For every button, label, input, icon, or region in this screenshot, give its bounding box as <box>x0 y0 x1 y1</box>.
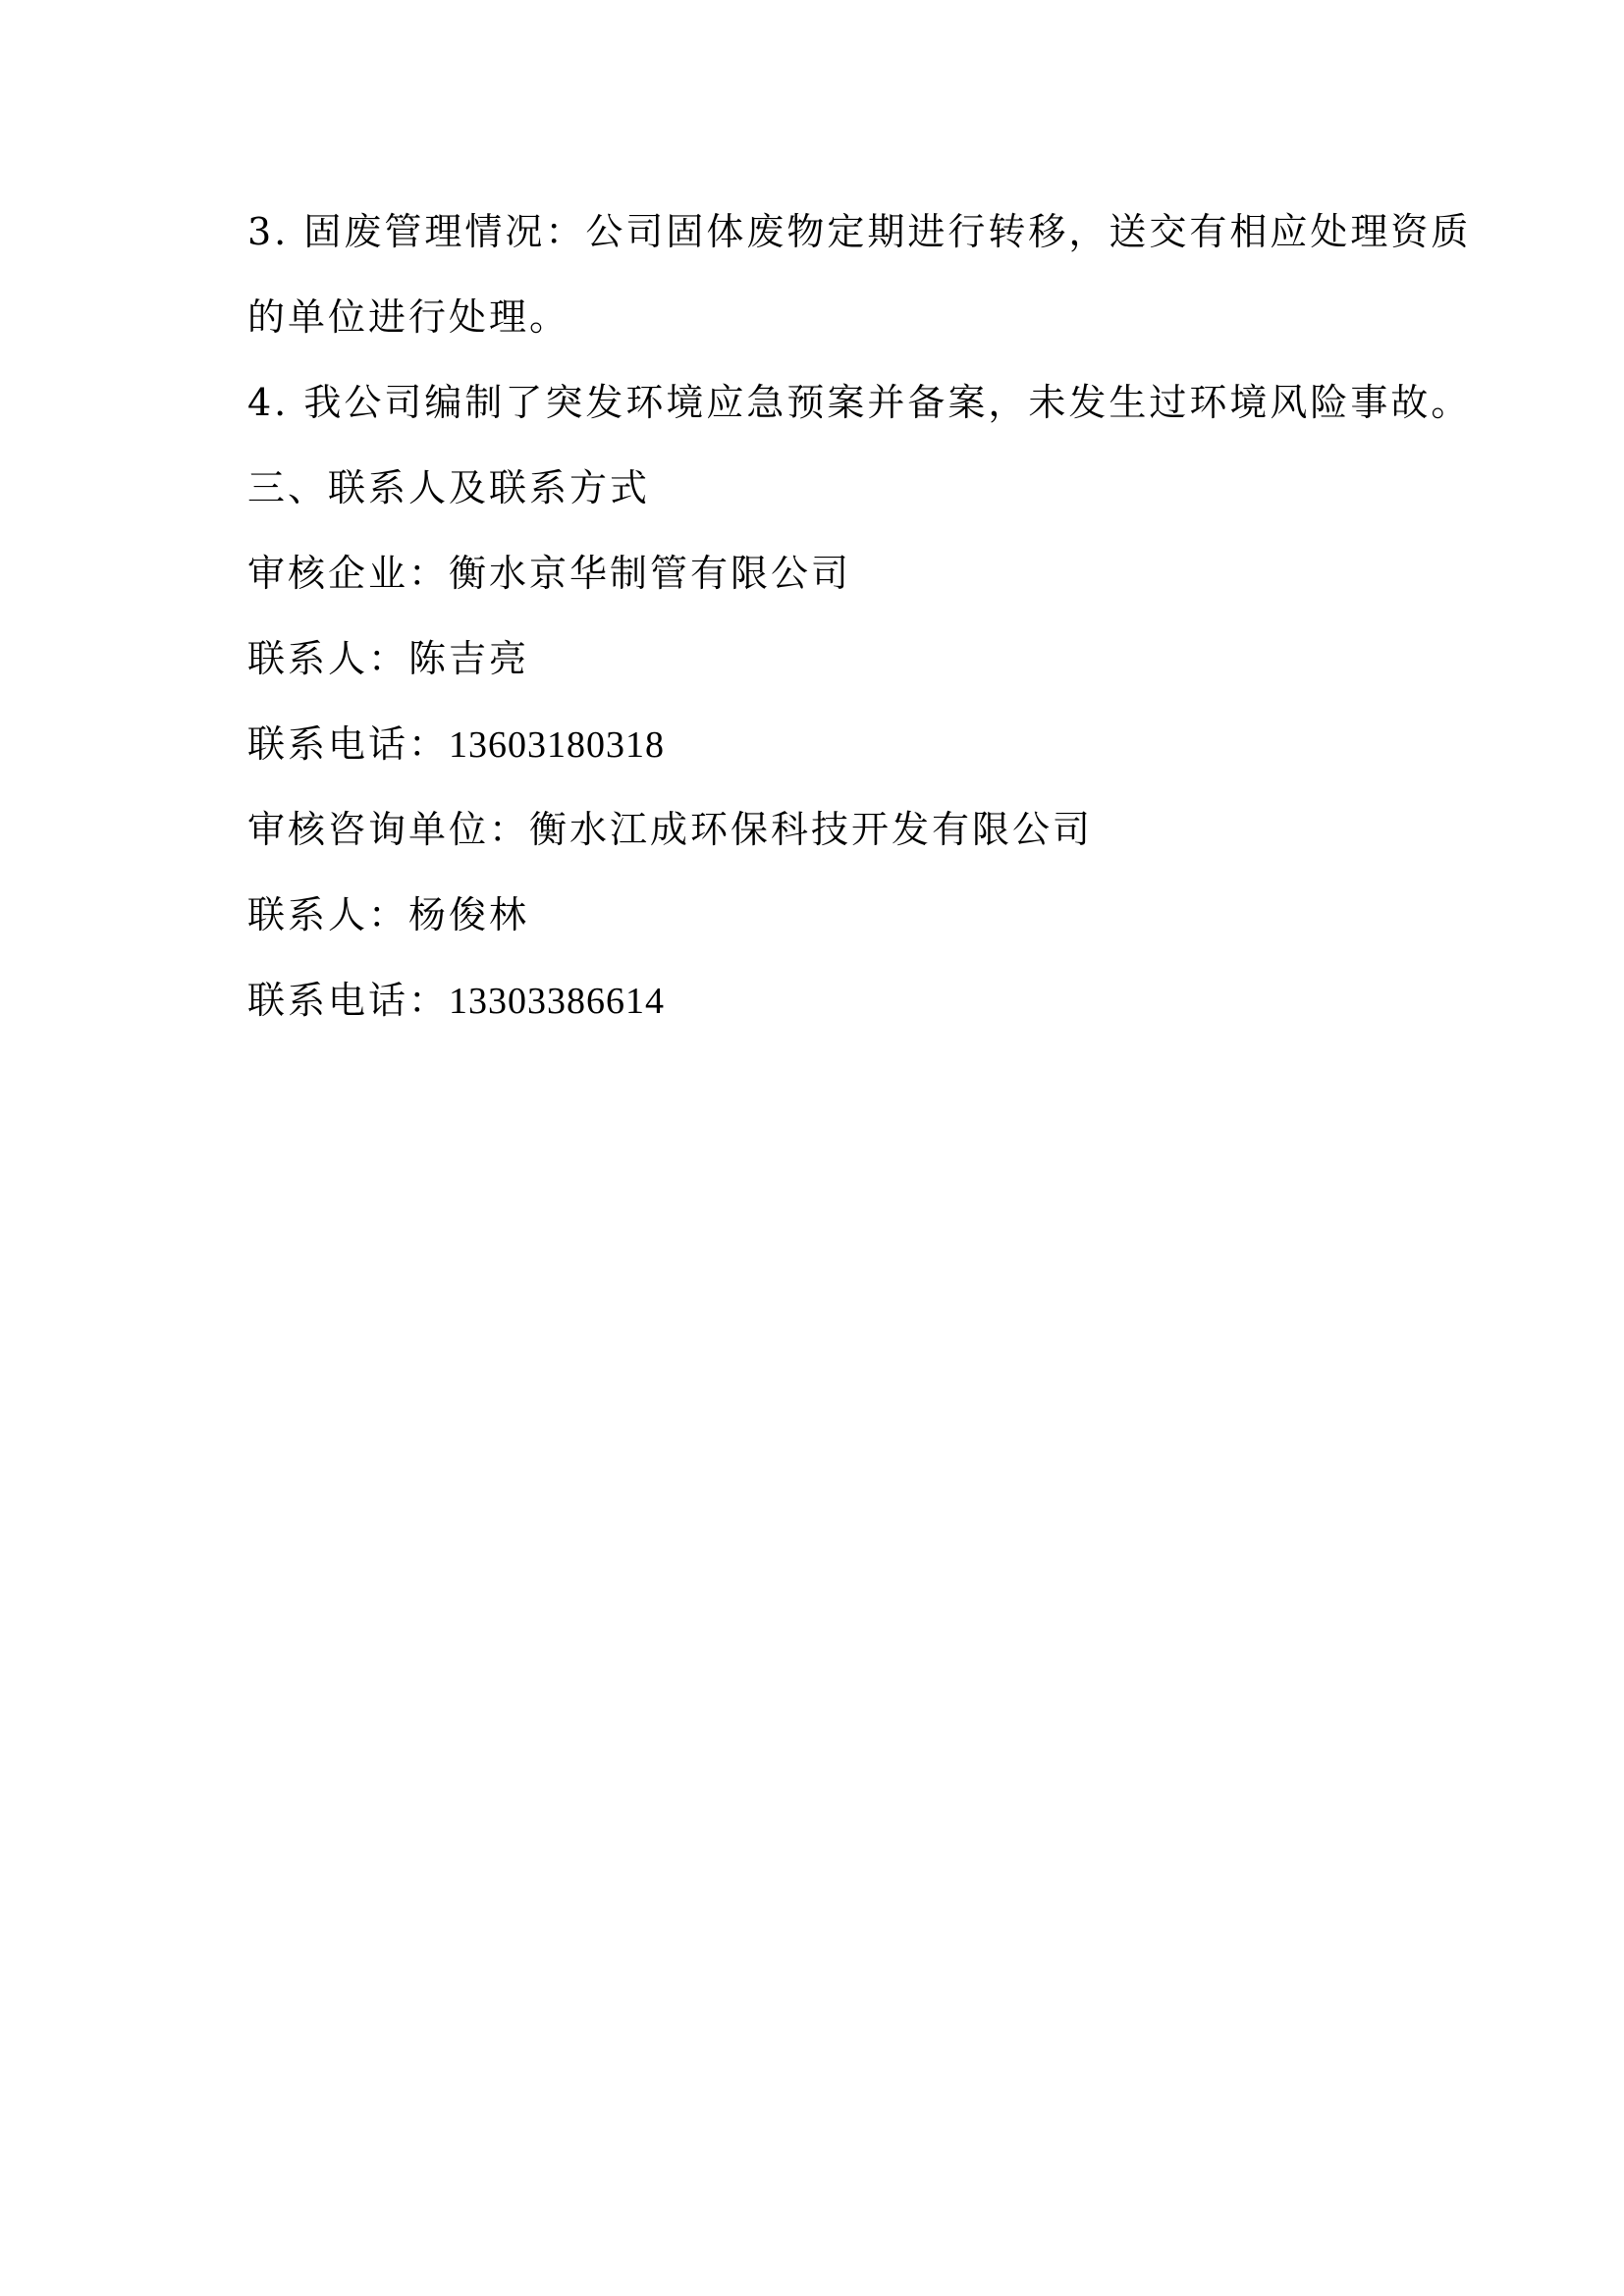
consultant-contact-value: 杨俊林 <box>408 893 529 936</box>
company-contact-label: 联系人： <box>247 637 408 680</box>
company-phone-label: 联系电话： <box>247 722 449 766</box>
document-page: 3. 固废管理情况：公司固体废物定期进行转移，送交有相应处理资质 的单位进行处理… <box>0 0 1624 2296</box>
audited-company-value: 衡水京华制管有限公司 <box>449 552 851 595</box>
consultant-row: 审核咨询单位：衡水江成环保科技开发有限公司 <box>247 808 1093 851</box>
paragraph-4: 4. 我公司编制了突发环境应急预案并备案，未发生过环境风险事故。 <box>247 381 1471 424</box>
consultant-phone-row: 联系电话：13303386614 <box>247 979 665 1023</box>
company-phone-row: 联系电话：13603180318 <box>247 722 665 767</box>
audited-company-label: 审核企业： <box>247 552 449 595</box>
consultant-phone-value: 13303386614 <box>449 981 665 1022</box>
section-heading: 三、联系人及联系方式 <box>247 466 650 509</box>
consultant-contact-row: 联系人：杨俊林 <box>247 893 529 936</box>
company-contact-row: 联系人：陈吉亮 <box>247 637 529 680</box>
consultant-label: 审核咨询单位： <box>247 808 529 851</box>
consultant-contact-label: 联系人： <box>247 893 408 936</box>
consultant-phone-label: 联系电话： <box>247 979 449 1022</box>
paragraph-3-line-2: 的单位进行处理。 <box>247 295 569 339</box>
consultant-value: 衡水江成环保科技开发有限公司 <box>529 808 1093 851</box>
audited-company-row: 审核企业：衡水京华制管有限公司 <box>247 552 851 595</box>
company-contact-value: 陈吉亮 <box>408 637 529 680</box>
paragraph-3-line-1: 3. 固废管理情况：公司固体废物定期进行转移，送交有相应处理资质 <box>247 210 1471 253</box>
company-phone-value: 13603180318 <box>449 724 665 766</box>
